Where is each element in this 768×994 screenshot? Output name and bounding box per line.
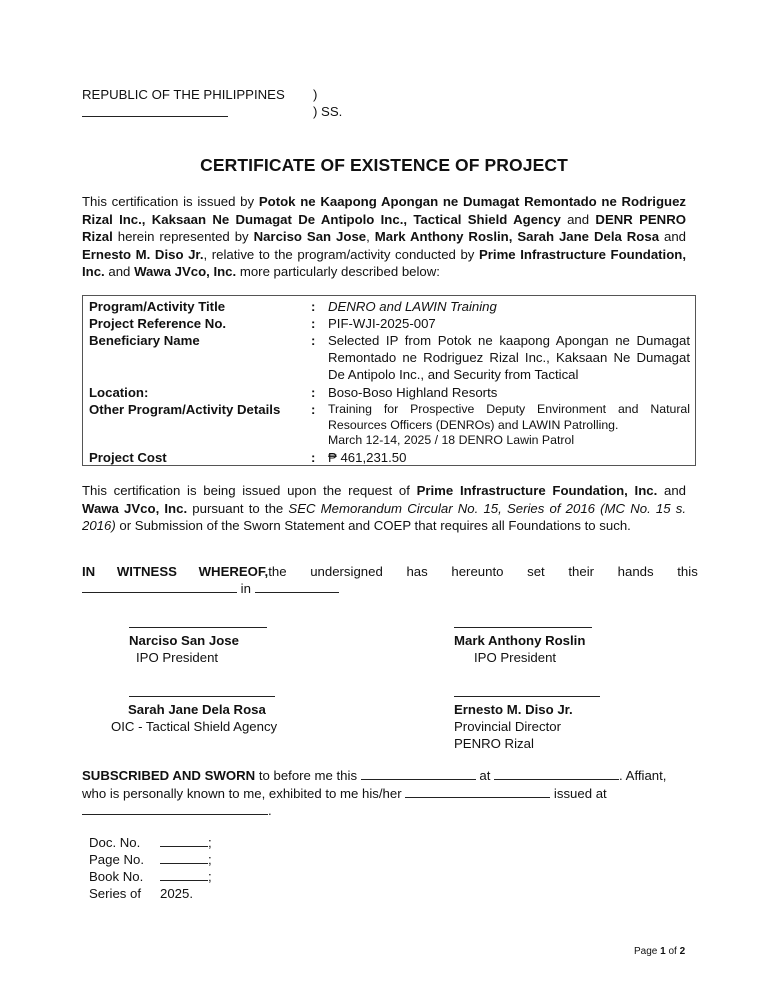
jurat-bold: SUBSCRIBED AND SWORN bbox=[82, 768, 255, 783]
colon: : bbox=[311, 384, 315, 401]
signatory-title: OIC - Tactical Shield Agency bbox=[111, 718, 277, 735]
witness-in: in bbox=[237, 581, 255, 596]
label: Program/Activity Title bbox=[89, 298, 225, 315]
id-blank[interactable] bbox=[405, 785, 550, 798]
jurat-line-1: SUBSCRIBED AND SWORN to before me this a… bbox=[82, 767, 666, 784]
intro-text: more particularly described below: bbox=[236, 264, 440, 279]
notarial-label: Book No. bbox=[89, 868, 143, 885]
jurat-text: . Affiant, bbox=[619, 768, 666, 783]
semicolon: ; bbox=[208, 869, 212, 884]
project-details-table: Program/Activity Title : DENRO and LAWIN… bbox=[82, 295, 696, 466]
colon: : bbox=[311, 298, 315, 315]
signatory-name: Narciso San Jose bbox=[129, 632, 239, 649]
signatory-name: Mark Anthony Roslin bbox=[454, 632, 585, 649]
jurat-date-blank[interactable] bbox=[361, 767, 476, 780]
document-title: CERTIFICATE OF EXISTENCE OF PROJECT bbox=[0, 155, 768, 176]
intro-text: and bbox=[561, 212, 596, 227]
total-pages: 2 bbox=[680, 946, 686, 957]
label: Project Cost bbox=[89, 449, 167, 466]
witness-line: IN WITNESS WHEREOF, the undersigned has … bbox=[82, 563, 686, 580]
requester-org: Prime Infrastructure Foundation, Inc. bbox=[417, 483, 658, 498]
intro-text: This certification is issued by bbox=[82, 194, 259, 209]
signatory-title: IPO President bbox=[474, 649, 556, 666]
notarial-series-value: 2025. bbox=[160, 885, 193, 902]
rep-name: Ernesto M. Diso Jr. bbox=[82, 247, 204, 262]
request-text: pursuant to the bbox=[187, 501, 288, 516]
witness-text: the undersigned has hereunto set their h… bbox=[268, 563, 698, 580]
signatory-name: Sarah Jane Dela Rosa bbox=[128, 701, 266, 718]
witness-bold: IN WITNESS WHEREOF, bbox=[82, 563, 268, 580]
jurat-line-2: who is personally known to me, exhibited… bbox=[82, 785, 607, 802]
colon: : bbox=[311, 449, 315, 466]
venue-blank bbox=[82, 104, 228, 122]
jurat-text: at bbox=[476, 768, 494, 783]
semicolon: ; bbox=[208, 835, 212, 850]
book-no-blank[interactable] bbox=[160, 868, 208, 881]
signatory-title: Provincial Director bbox=[454, 718, 561, 735]
semicolon: ; bbox=[208, 852, 212, 867]
value: Boso-Boso Highland Resorts bbox=[328, 384, 690, 401]
value: PIF-WJI-2025-007 bbox=[328, 315, 690, 332]
request-paragraph: This certification is being issued upon … bbox=[82, 482, 686, 535]
signature-line bbox=[454, 627, 592, 628]
request-text: and bbox=[657, 483, 686, 498]
jurat-place-blank[interactable] bbox=[494, 767, 619, 780]
colon: : bbox=[311, 401, 315, 418]
notarial-label: Page No. bbox=[89, 851, 144, 868]
intro-paragraph: This certification is issued by Potok ne… bbox=[82, 193, 686, 281]
other-details-date: March 12-14, 2025 / 18 DENRO Lawin Patro… bbox=[328, 433, 574, 447]
doc-no-blank[interactable] bbox=[160, 834, 208, 847]
request-text: This certification is being issued upon … bbox=[82, 483, 417, 498]
signatory-name: Ernesto M. Diso Jr. bbox=[454, 701, 573, 718]
rep-names: Mark Anthony Roslin, Sarah Jane Dela Ros… bbox=[375, 229, 659, 244]
ss-paren-2: ) SS. bbox=[313, 103, 342, 120]
ss-paren-1: ) bbox=[313, 86, 317, 103]
notarial-value: ; bbox=[160, 868, 212, 885]
of-word: of bbox=[666, 946, 680, 957]
rep-name: Narciso San Jose bbox=[254, 229, 367, 244]
notarial-value: ; bbox=[160, 851, 212, 868]
jurat-text: to before me this bbox=[255, 768, 361, 783]
page-no-blank[interactable] bbox=[160, 851, 208, 864]
jurat-text: issued at bbox=[550, 786, 606, 801]
signatory-title: IPO President bbox=[136, 649, 218, 666]
value: ₱ 461,231.50 bbox=[328, 449, 690, 466]
value: Selected IP from Potok ne kaapong Aponga… bbox=[328, 332, 690, 383]
issued-place-blank[interactable] bbox=[82, 802, 268, 815]
notarial-label: Series of bbox=[89, 885, 141, 902]
label: Other Program/Activity Details bbox=[89, 401, 280, 418]
request-text: or Submission of the Sworn Statement and… bbox=[116, 518, 631, 533]
jurat-text: . bbox=[268, 803, 272, 818]
colon: : bbox=[311, 315, 315, 332]
signatory-office: PENRO Rizal bbox=[454, 735, 534, 752]
requester-org: Wawa JVco, Inc. bbox=[82, 501, 187, 516]
signature-line bbox=[129, 627, 267, 628]
venue-line: REPUBLIC OF THE PHILIPPINES bbox=[82, 86, 285, 103]
conductor-org: Wawa JVco, Inc. bbox=[134, 264, 236, 279]
value: DENRO and LAWIN Training bbox=[328, 298, 690, 315]
intro-text: and bbox=[659, 229, 686, 244]
page-number: Page 1 of 2 bbox=[634, 946, 685, 957]
intro-text: and bbox=[105, 264, 134, 279]
page-word: Page bbox=[634, 946, 660, 957]
value: Training for Prospective Deputy Environm… bbox=[328, 402, 690, 449]
label: Beneficiary Name bbox=[89, 332, 200, 349]
date-blank[interactable] bbox=[82, 580, 237, 593]
signature-line bbox=[454, 696, 600, 697]
place-blank[interactable] bbox=[255, 580, 339, 593]
notarial-label: Doc. No. bbox=[89, 834, 140, 851]
jurat-line-3: . bbox=[82, 802, 272, 819]
colon: : bbox=[311, 332, 315, 349]
label: Location: bbox=[89, 384, 148, 401]
witness-blanks: in bbox=[82, 580, 339, 597]
signature-line bbox=[129, 696, 275, 697]
label: Project Reference No. bbox=[89, 315, 226, 332]
other-details-text: Training for Prospective Deputy Environm… bbox=[328, 402, 690, 432]
jurat-text: who is personally known to me, exhibited… bbox=[82, 786, 405, 801]
intro-text: , relative to the program/activity condu… bbox=[204, 247, 479, 262]
intro-text: , bbox=[366, 229, 375, 244]
notarial-value: ; bbox=[160, 834, 212, 851]
intro-text: herein represented by bbox=[113, 229, 254, 244]
